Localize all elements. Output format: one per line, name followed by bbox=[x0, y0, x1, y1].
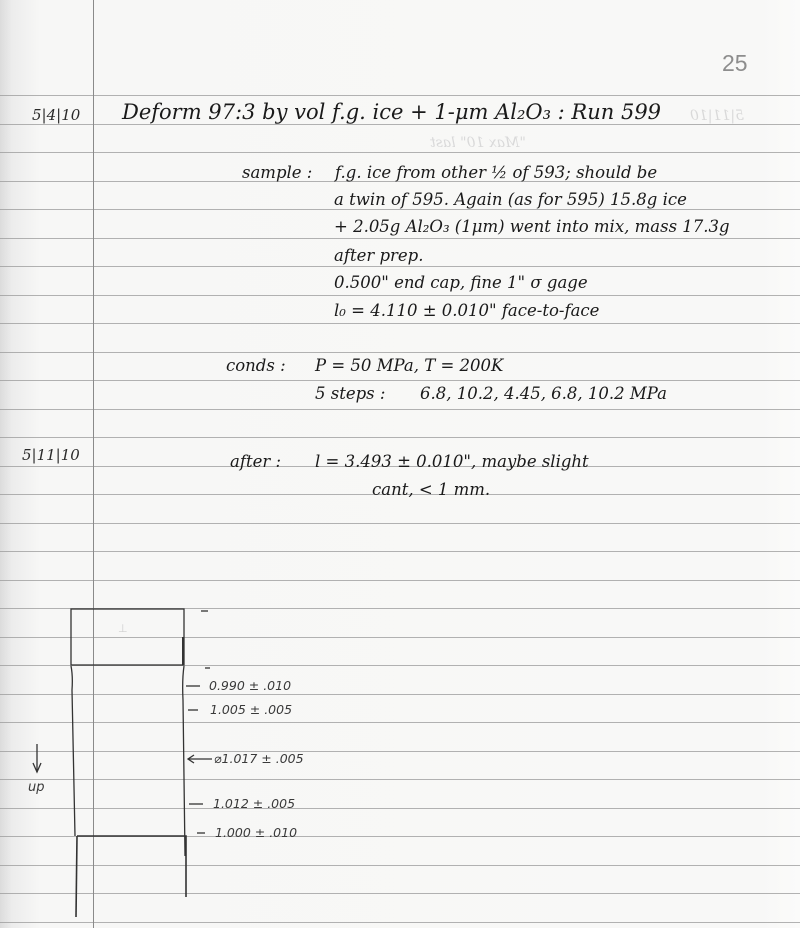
bottom-end-cap bbox=[77, 836, 186, 897]
measurement: 1.012 ± .005 bbox=[213, 796, 295, 811]
sample-right-side bbox=[183, 666, 185, 856]
sample-left-side bbox=[71, 666, 75, 836]
measurement: 1.000 ± .010 bbox=[215, 825, 297, 840]
svg-text:⊥: ⊥ bbox=[118, 622, 128, 635]
top-end-cap bbox=[71, 609, 184, 665]
direction-label: up bbox=[28, 780, 45, 795]
notebook-page: 5|11|10 "Max 10" last 25 5|4|10 Deform 9… bbox=[0, 0, 800, 928]
measurement: ⌀1.017 ± .005 bbox=[214, 751, 304, 766]
measurement: 0.990 ± .010 bbox=[209, 678, 291, 693]
sample-diagram: ⊥ bbox=[0, 0, 800, 928]
measurement: 1.005 ± .005 bbox=[210, 702, 292, 717]
